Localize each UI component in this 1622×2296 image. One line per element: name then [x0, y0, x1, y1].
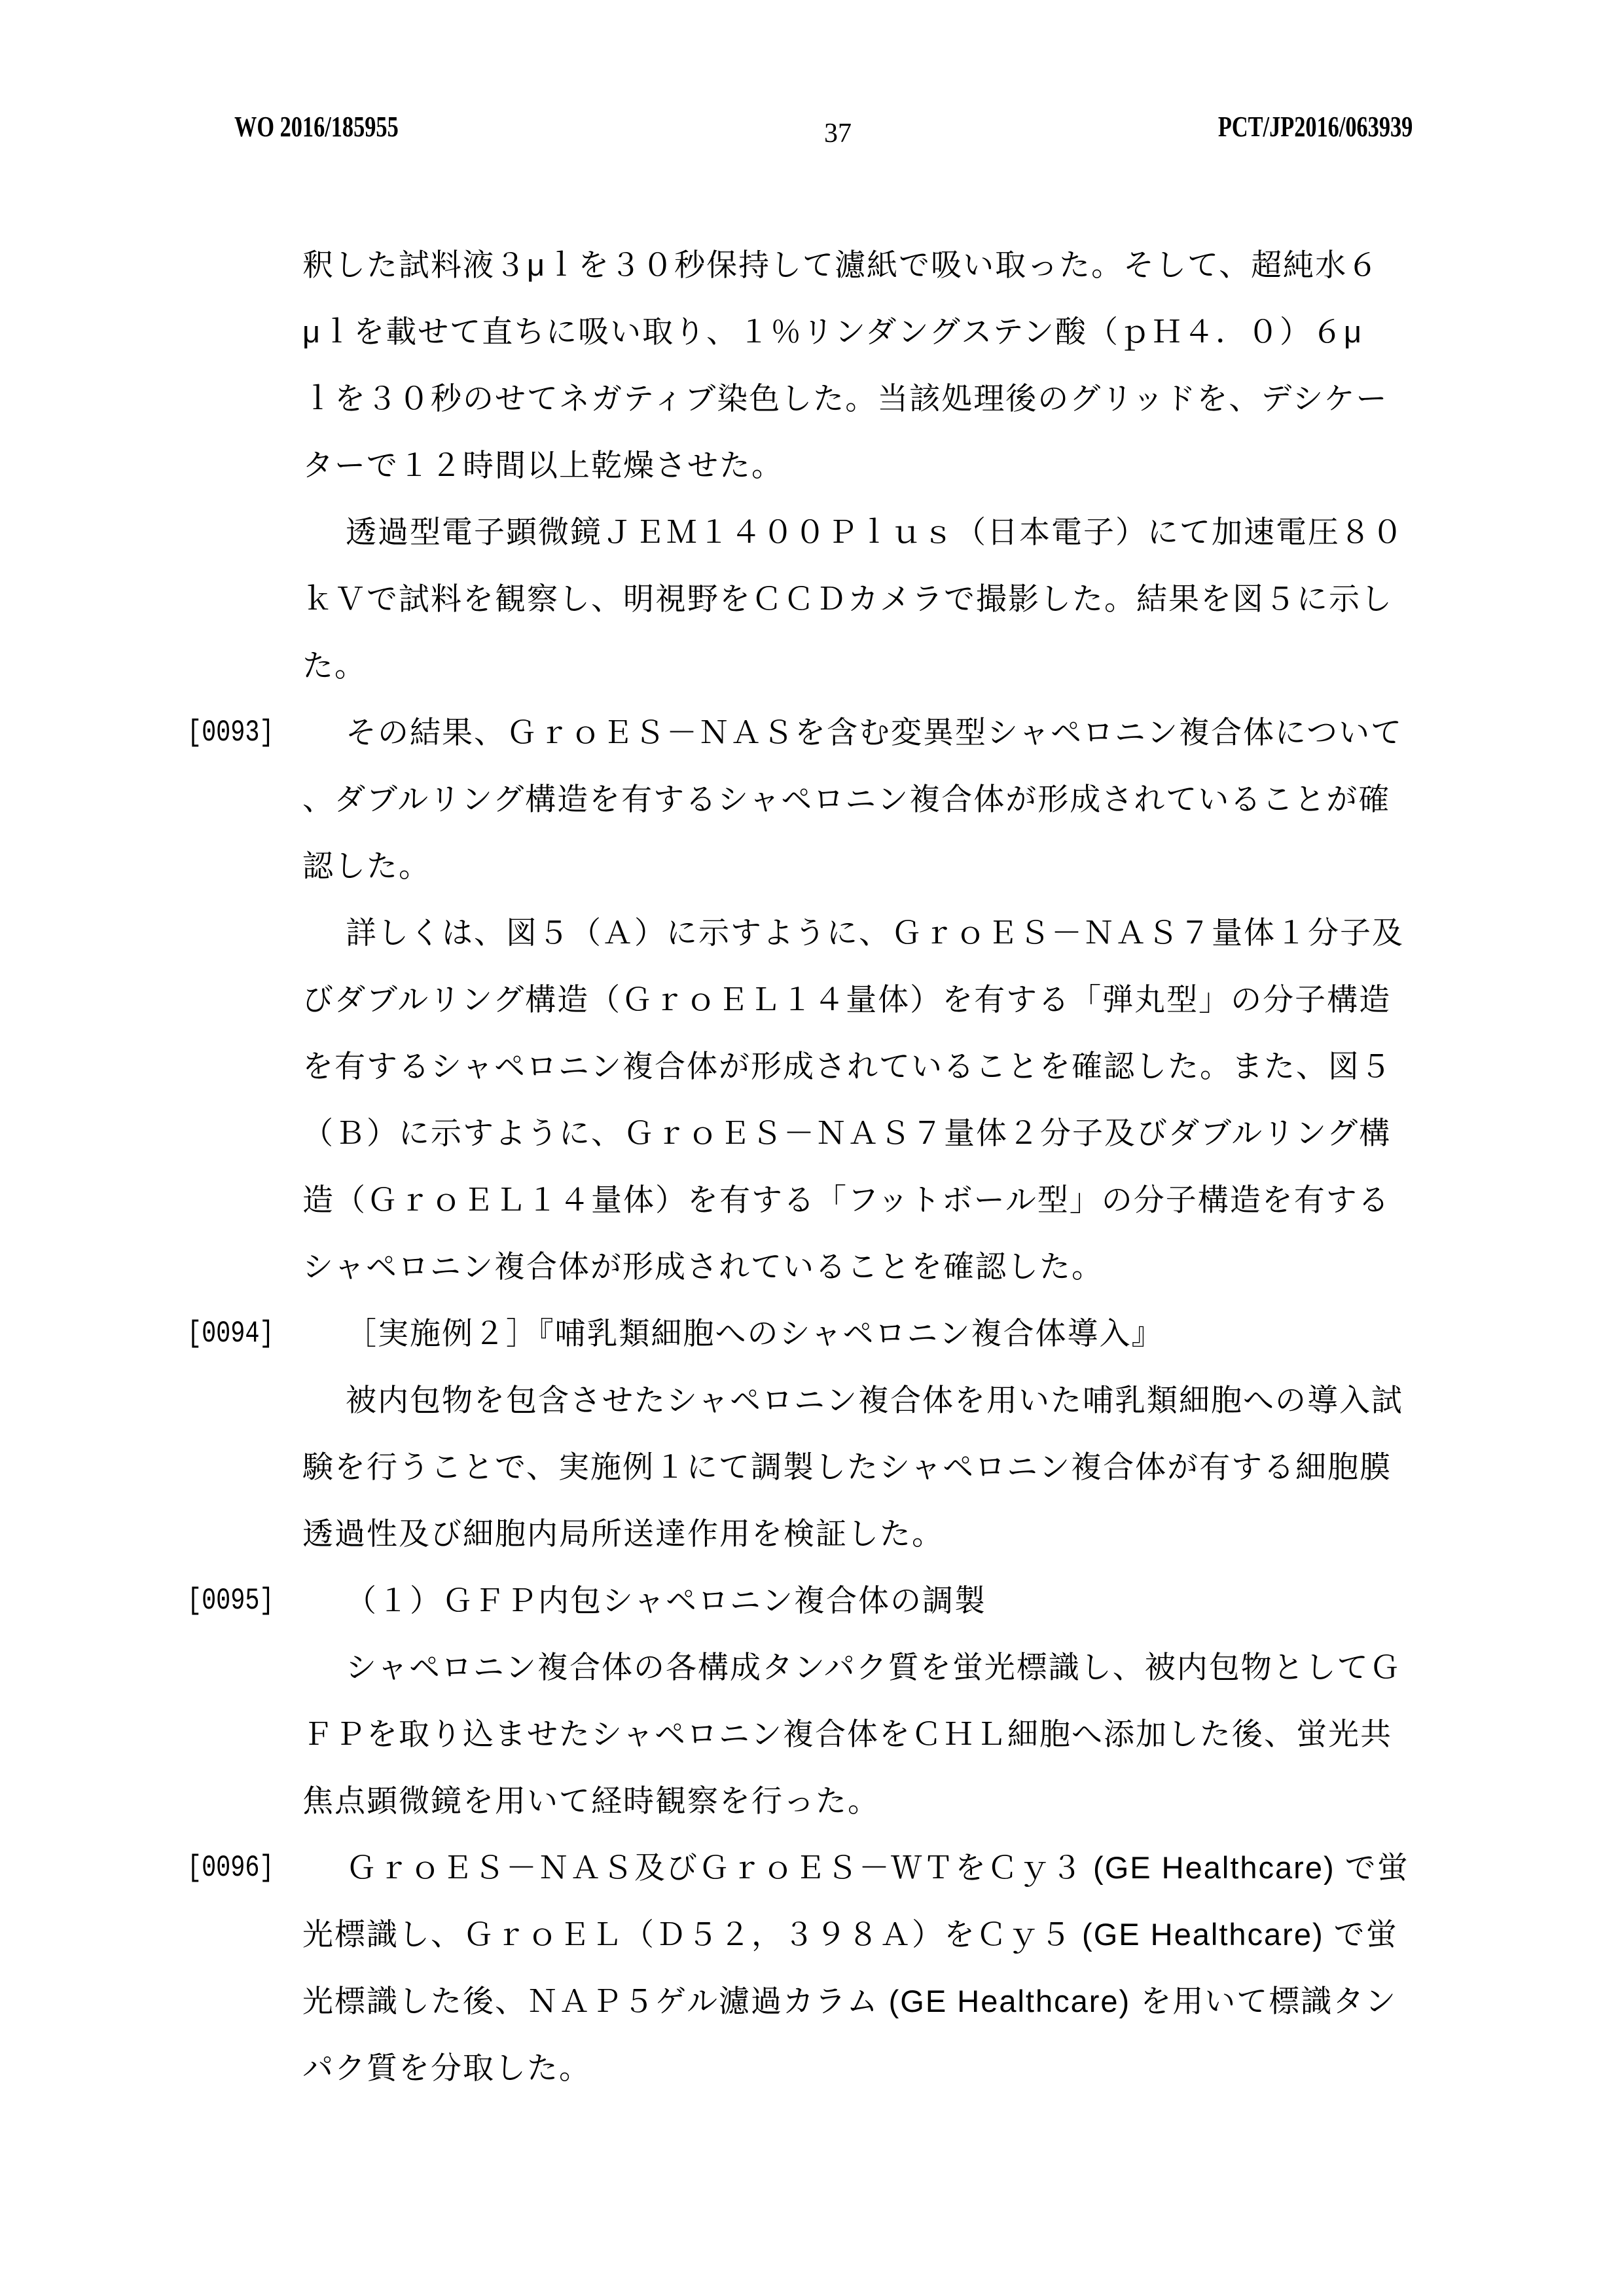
paragraph: 被内包物を包含させたシャペロニン複合体を用いた哺乳類細胞への導入試験を行うことで… — [302, 1367, 1402, 1567]
paragraph: 釈した試料液３μｌを３０秒保持して濾紙で吸い取った。そして、超純水６μｌを載せて… — [302, 232, 1402, 499]
text-line: 、ダブルリング構造を有するシャペロニン複合体が形成されていることが確 — [302, 766, 1402, 833]
text-line: μｌを載せて直ちに吸い取り、１％リンダングステン酸（ｐＨ４．０）６μ — [302, 299, 1402, 365]
paragraph-number: [0093] — [187, 699, 274, 766]
text-line: を有するシャペロニン複合体が形成されていることを確認した。また、図５ — [302, 1033, 1402, 1100]
paragraph: [0094]［実施例２］『哺乳類細胞へのシャペロニン複合体導入』 — [302, 1300, 1402, 1367]
text-line: 釈した試料液３μｌを３０秒保持して濾紙で吸い取った。そして、超純水６ — [302, 232, 1402, 299]
paragraph: [0093]その結果、ＧｒｏＥＳ－ＮＡＳを含む変異型シャペロニン複合体について、… — [302, 699, 1402, 900]
text-line: ｋＶで試料を観察し、明視野をＣＣＤカメラで撮影した。結果を図５に示し — [302, 566, 1402, 632]
text-line: シャペロニン複合体が形成されていることを確認した。 — [302, 1233, 1402, 1300]
paragraph: シャペロニン複合体の各構成タンパク質を蛍光標識し、被内包物としてＧＦＰを取り込ま… — [302, 1634, 1402, 1834]
text-line: シャペロニン複合体の各構成タンパク質を蛍光標識し、被内包物としてＧ — [302, 1634, 1402, 1701]
paragraph: [0095]（１）ＧＦＰ内包シャペロニン複合体の調製 — [302, 1567, 1402, 1634]
text-line: ｌを３０秒のせてネガティブ染色した。当該処理後のグリッドを、デシケー — [302, 365, 1402, 432]
text-line: 透過型電子顕微鏡ＪＥＭ１４００Ｐｌｕｓ（日本電子）にて加速電圧８０ — [302, 499, 1402, 566]
text-line: ［実施例２］『哺乳類細胞へのシャペロニン複合体導入』 — [302, 1300, 1402, 1367]
text-line: びダブルリング構造（ＧｒｏＥＬ１４量体）を有する「弾丸型」の分子構造 — [302, 966, 1402, 1033]
text-line: その結果、ＧｒｏＥＳ－ＮＡＳを含む変異型シャペロニン複合体について — [302, 699, 1402, 766]
text-line: 験を行うことで、実施例１にて調製したシャペロニン複合体が有する細胞膜 — [302, 1434, 1402, 1501]
paragraph-number: [0094] — [187, 1300, 274, 1367]
text-line: 被内包物を包含させたシャペロニン複合体を用いた哺乳類細胞への導入試 — [302, 1367, 1402, 1434]
text-line: （Ｂ）に示すように、ＧｒｏＥＳ－ＮＡＳ７量体２分子及びダブルリング構 — [302, 1100, 1402, 1167]
text-line: ＧｒｏＥＳ－ＮＡＳ及びＧｒｏＥＳ－ＷＴをＣｙ３ (GE Healthcare) … — [302, 1834, 1402, 1901]
text-line: パク質を分取した。 — [302, 2035, 1402, 2102]
text-line: 造（ＧｒｏＥＬ１４量体）を有する「フットボール型」の分子構造を有する — [302, 1167, 1402, 1233]
text-line: 光標識し、ＧｒｏＥＬ（Ｄ５２，３９８Ａ）をＣｙ５ (GE Healthcare)… — [302, 1901, 1402, 1968]
patent-document-page: WO 2016/185955 37 PCT/JP2016/063939 釈した試… — [0, 0, 1622, 2296]
paragraph: 詳しくは、図５（Ａ）に示すように、ＧｒｏＥＳ－ＮＡＳ７量体１分子及びダブルリング… — [302, 900, 1402, 1300]
header-application-number: PCT/JP2016/063939 — [1218, 110, 1413, 143]
text-line: 焦点顕微鏡を用いて経時観察を行った。 — [302, 1768, 1402, 1834]
text-line: ＦＰを取り込ませたシャペロニン複合体をＣＨＬ細胞へ添加した後、蛍光共 — [302, 1701, 1402, 1768]
text-line: た。 — [302, 632, 1402, 699]
paragraph: 透過型電子顕微鏡ＪＥＭ１４００Ｐｌｕｓ（日本電子）にて加速電圧８０ｋＶで試料を観… — [302, 499, 1402, 699]
paragraph: [0096]ＧｒｏＥＳ－ＮＡＳ及びＧｒｏＥＳ－ＷＴをＣｙ３ (GE Health… — [302, 1834, 1402, 2102]
text-line: 透過性及び細胞内局所送達作用を検証した。 — [302, 1501, 1402, 1567]
text-line: 認した。 — [302, 833, 1402, 900]
paragraph-number: [0096] — [187, 1834, 274, 1901]
paragraph-number: [0095] — [187, 1567, 274, 1634]
text-line: 光標識した後、ＮＡＰ５ゲル濾過カラム (GE Healthcare) を用いて標… — [302, 1968, 1402, 2035]
document-body: 釈した試料液３μｌを３０秒保持して濾紙で吸い取った。そして、超純水６μｌを載せて… — [302, 232, 1402, 2102]
text-line: （１）ＧＦＰ内包シャペロニン複合体の調製 — [302, 1567, 1402, 1634]
text-line: 詳しくは、図５（Ａ）に示すように、ＧｒｏＥＳ－ＮＡＳ７量体１分子及 — [302, 900, 1402, 966]
text-line: ターで１２時間以上乾燥させた。 — [302, 432, 1402, 499]
